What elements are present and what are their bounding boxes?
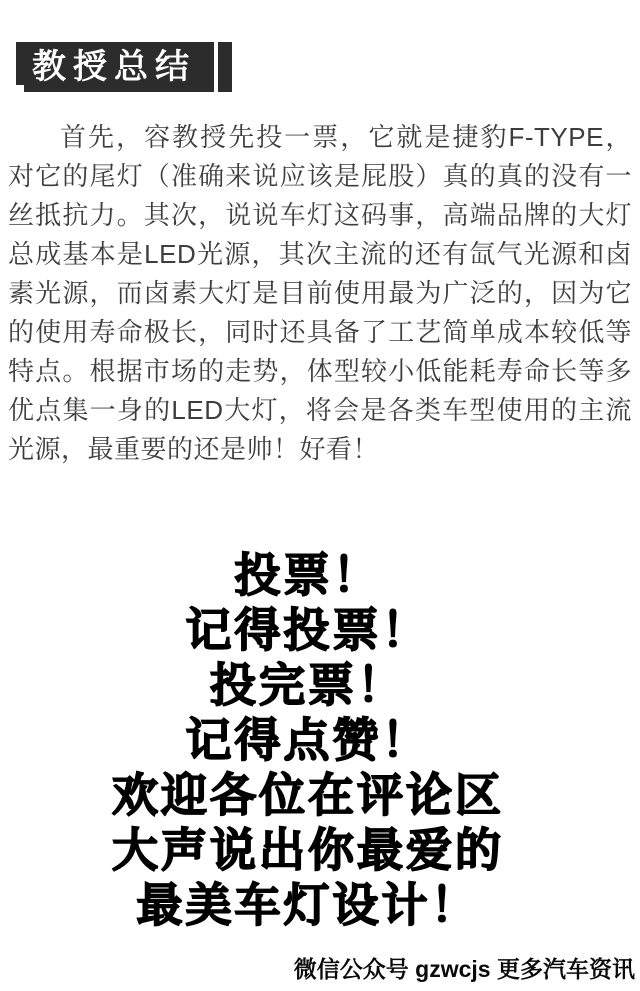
slogan-line-after-vote: 投完票！ xyxy=(0,658,616,713)
slogan-line-remember-vote: 记得投票！ xyxy=(0,603,616,658)
slogan-line-best-design: 最美车灯设计！ xyxy=(0,878,616,933)
slogan-line-remember-like: 记得点赞！ xyxy=(0,713,616,768)
article-page: 教授总结 首先，容教授先投一票，它就是捷豹F-TYPE，对它的尾灯（准确来说应该… xyxy=(0,0,640,991)
slogan-block: 投票！ 记得投票！ 投完票！ 记得点赞！ 欢迎各位在评论区 大声说出你最爱的 最… xyxy=(0,548,616,933)
badge-side-bar xyxy=(218,42,232,92)
wechat-watermark: 微信公众号 gzwcjs 更多汽车资讯 xyxy=(294,955,635,983)
slogan-line-say-loud: 大声说出你最爱的 xyxy=(0,823,616,878)
section-header-badge: 教授总结 xyxy=(16,42,232,92)
slogan-line-vote: 投票！ xyxy=(0,548,616,603)
badge-corner-notch xyxy=(16,85,24,92)
summary-paragraph: 首先，容教授先投一票，它就是捷豹F-TYPE，对它的尾灯（准确来说应该是屁股）真… xyxy=(8,118,632,469)
slogan-line-welcome-comment: 欢迎各位在评论区 xyxy=(0,768,616,823)
section-title: 教授总结 xyxy=(16,42,214,92)
